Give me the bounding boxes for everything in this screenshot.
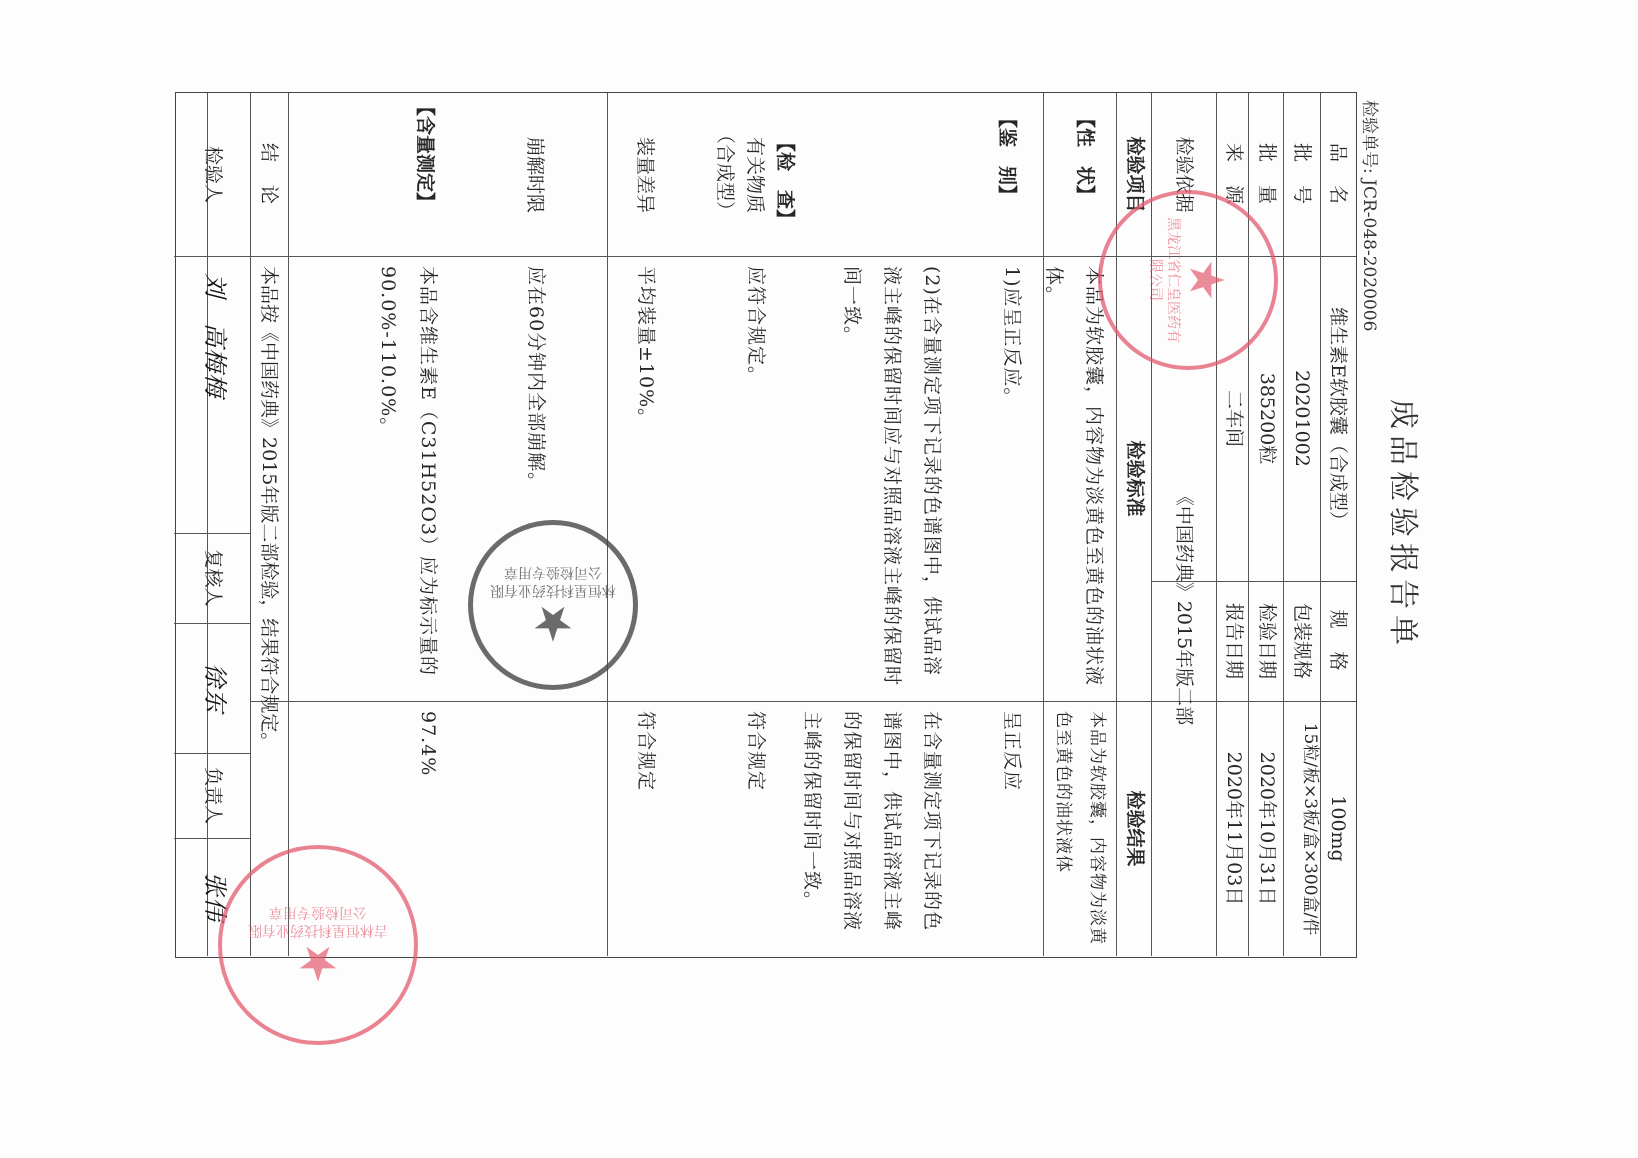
stamp-1-text: 黑龙江省仁皇医药有限公司 — [1146, 211, 1182, 349]
inspection-label: 【检 查】 — [770, 133, 800, 228]
identification-standard-2: (2)在含量测定项下记录的色谱图中，供试品溶液主峰的保留时间应与对照品溶液主峰的… — [832, 266, 952, 691]
inspector-label: 检验人 — [198, 93, 228, 256]
reviewer-signature: 徐东 — [200, 623, 230, 753]
test-date-label: 检验日期 — [1252, 581, 1282, 701]
red-inspection-stamp-bottom: ★ 吉林恒星科技药业有限公司检验专用章 — [218, 845, 418, 1045]
inspection-report-page: 成品检验报告单 检验单号: JCR-048-2020006 品 名 维生素E软胶… — [0, 0, 1638, 1158]
report-number-value: JCR-048-2020006 — [1359, 179, 1379, 331]
appearance-label: 【性 状】 — [1070, 109, 1100, 204]
assay-result: 97.4% — [408, 711, 448, 949]
report-number-label: 检验单号: — [1359, 100, 1379, 174]
star-icon: ★ — [1182, 211, 1230, 349]
red-company-stamp-top: ★ 黑龙江省仁皇医药有限公司 — [1098, 190, 1278, 370]
star-icon: ★ — [489, 599, 617, 647]
column-header-result: 检验结果 — [1120, 701, 1150, 956]
batch-no-label: 批 号 — [1287, 93, 1317, 256]
package-value: 15粒/板×3板/盒×300盒/件 — [1301, 705, 1319, 953]
disintegration-standard: 应在60分钟内全部崩解。 — [516, 266, 556, 492]
product-name-label: 品 名 — [1323, 93, 1353, 256]
report-date-value: 2020年11月03日 — [1219, 701, 1249, 956]
stamp-3-text: 吉林恒星科技药业有限公司检验专用章 — [241, 903, 395, 939]
test-date-value: 2020年10月31日 — [1252, 701, 1282, 956]
appearance-standard: 本品为软胶囊，内容物为淡黄色至黄色的油状液体。 — [1034, 266, 1114, 691]
identification-result-1: 呈正反应 — [992, 711, 1032, 949]
stamp-2-text: 林恒星科技药业有限公司检验专用章 — [489, 563, 617, 599]
appearance-result: 本品为软胶囊，内容物为淡黄色至黄色的油状液体 — [1046, 711, 1114, 949]
related-substances-sub: （合成型） — [710, 125, 740, 220]
batch-no-value: 20201002 — [1287, 256, 1317, 581]
assay-label: 【含量测定】 — [410, 97, 440, 211]
fill-variation-standard: 平均装量±10%。 — [626, 266, 666, 428]
manager-label: 负责人 — [198, 753, 228, 838]
spec-value: 100mg — [1323, 701, 1353, 956]
identification-standard-1: 1)应呈正反应。 — [992, 266, 1032, 691]
gray-inspection-stamp: ★ 林恒星科技药业有限公司检验专用章 — [468, 520, 638, 690]
report-title: 成品检验报告单 — [1384, 92, 1428, 958]
disintegration-label: 崩解时限 — [520, 137, 550, 213]
related-substances-result: 符合规定 — [736, 711, 776, 791]
package-label: 包装规格 — [1287, 581, 1317, 701]
product-name-value: 维生素E软胶囊（合成型） — [1323, 256, 1353, 581]
assay-standard: 本品含维生素E（C31H52O3）应为标示量的90.0%-110.0%。 — [368, 266, 448, 691]
reviewer-label: 复核人 — [198, 533, 228, 623]
report-number: 检验单号: JCR-048-2020006 — [1359, 100, 1384, 331]
fill-variation-label: 装量差异 — [630, 137, 660, 213]
related-substances-standard: 应符合规定。 — [736, 266, 776, 386]
fill-variation-result: 符合规定 — [626, 711, 666, 791]
spec-label: 规 格 — [1323, 581, 1353, 701]
conclusion-label: 结 论 — [254, 93, 284, 256]
star-icon: ★ — [241, 939, 395, 987]
related-substances-label: 有关物质 — [740, 137, 770, 213]
identification-result-2: 在含量测定项下记录的色谱图中，供试品溶液主峰的保留时间与对照品溶液主峰的保留时间… — [792, 711, 952, 949]
inspector-signature: 刘 高梅梅 — [200, 273, 230, 523]
identification-label: 【鉴 别】 — [992, 109, 1022, 204]
report-date-label: 报告日期 — [1219, 581, 1249, 701]
conclusion-text: 本品按《中国药典》2015年版二部检验，结果符合规定。 — [254, 266, 284, 946]
